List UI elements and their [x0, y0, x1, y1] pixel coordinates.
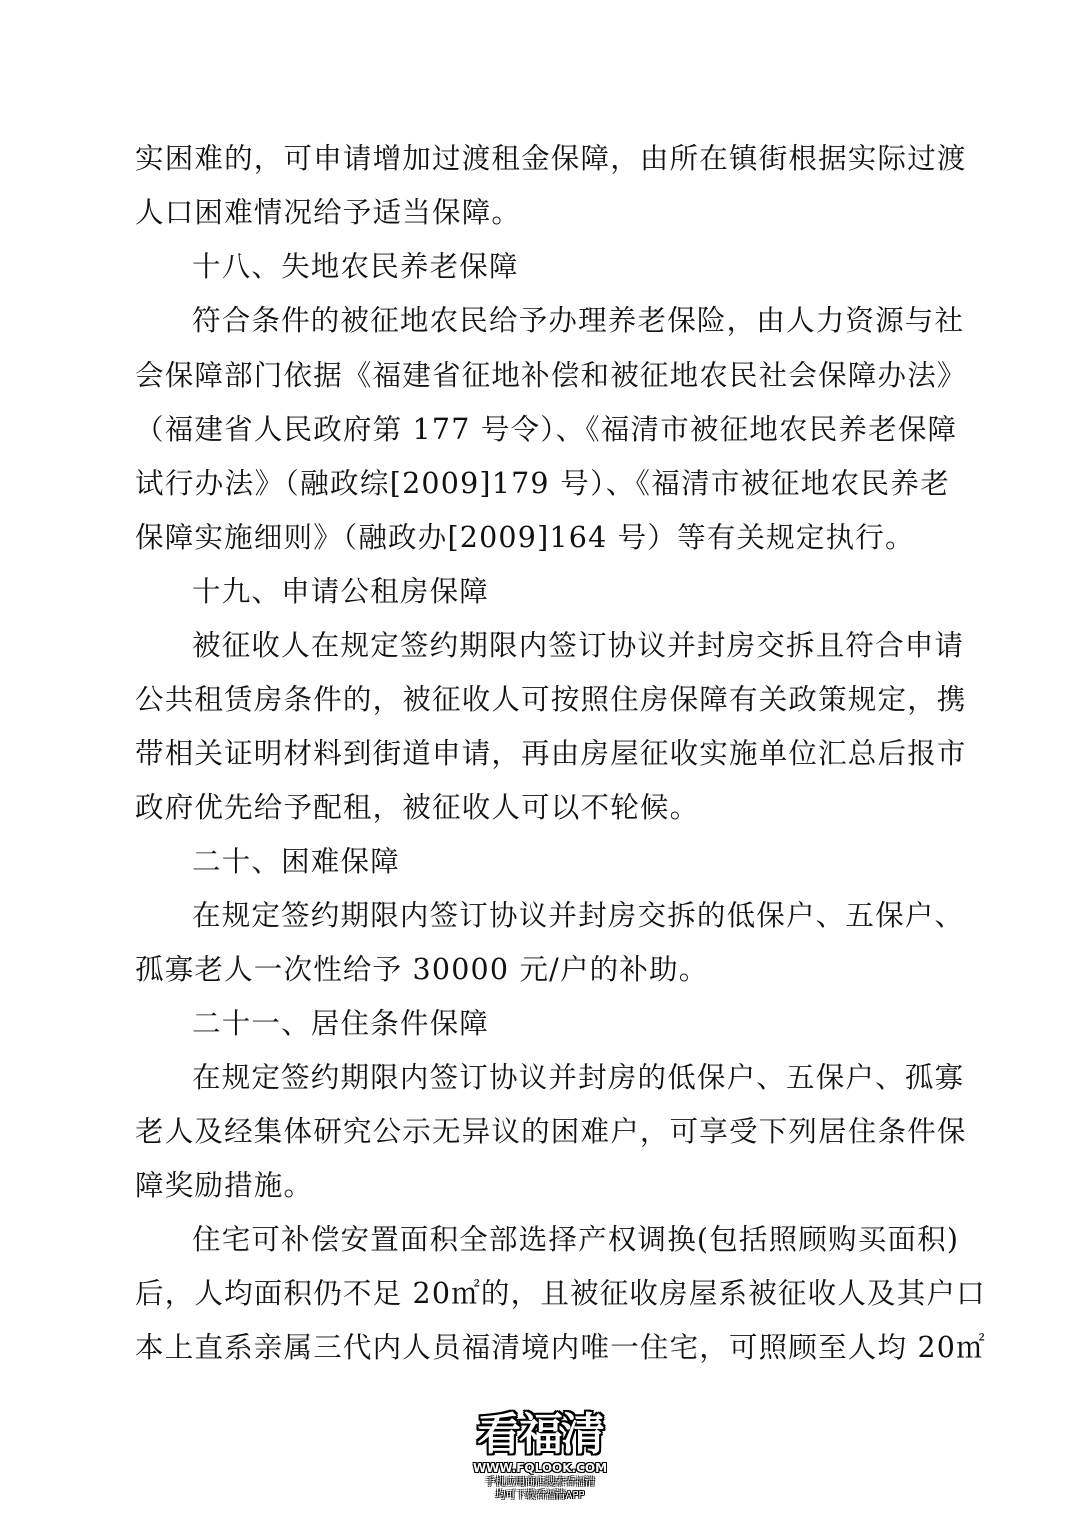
text-line: 十九、申请公租房保障 [192, 572, 950, 612]
text-line: 会保障部门依据《福建省征地补偿和被征地农民社会保障办法》 [135, 356, 950, 396]
watermark: 看福清 WWW.FQLOOK.COM 手机应用商店搜索看福清 均可下载看福清AP… [470, 1410, 610, 1502]
document-page: 实困难的，可申请增加过渡租金保障，由所在镇街根据实际过渡人口困难情况给予适当保障… [0, 0, 1080, 1527]
watermark-logo: 看福清 [470, 1410, 610, 1460]
text-line: 二十一、居住条件保障 [192, 1004, 950, 1044]
text-line: （福建省人民政府第 177 号令）、《福清市被征地农民养老保障 [135, 410, 950, 450]
text-line: 保障实施细则》（融政办[2009]164 号）等有关规定执行。 [135, 518, 950, 558]
text-line: 符合条件的被征地农民给予办理养老保险，由人力资源与社 [192, 301, 950, 341]
watermark-line-2: 均可下载看福清APP [470, 1489, 610, 1502]
text-line: 孤寡老人一次性给予 30000 元/户的补助。 [135, 950, 950, 990]
watermark-url: WWW.FQLOOK.COM [470, 1460, 610, 1476]
text-line: 在规定签约期限内签订协议并封房的低保户、五保户、孤寡 [192, 1058, 950, 1098]
text-line: 带相关证明材料到街道申请，再由房屋征收实施单位汇总后报市 [135, 734, 950, 774]
text-line: 二十、困难保障 [192, 842, 950, 882]
text-line: 本上直系亲属三代内人员福清境内唯一住宅，可照顾至人均 20㎡ [135, 1328, 950, 1368]
text-line: 障奖励措施。 [135, 1166, 950, 1206]
text-line: 政府优先给予配租，被征收人可以不轮候。 [135, 788, 950, 828]
text-line: 实困难的，可申请增加过渡租金保障，由所在镇街根据实际过渡 [135, 139, 950, 179]
text-line: 人口困难情况给予适当保障。 [135, 193, 950, 233]
watermark-line-1: 手机应用商店搜索看福清 [470, 1476, 610, 1489]
text-line: 试行办法》（融政综[2009]179 号）、《福清市被征地农民养老 [135, 464, 950, 504]
text-line: 公共租赁房条件的，被征收人可按照住房保障有关政策规定，携 [135, 680, 950, 720]
text-line: 住宅可补偿安置面积全部选择产权调换(包括照顾购买面积) [192, 1220, 950, 1260]
text-line: 十八、失地农民养老保障 [192, 247, 950, 287]
text-line: 后，人均面积仍不足 20㎡的，且被征收房屋系被征收人及其户口 [135, 1274, 950, 1314]
text-line: 老人及经集体研究公示无异议的困难户，可享受下列居住条件保 [135, 1112, 950, 1152]
text-line: 被征收人在规定签约期限内签订协议并封房交拆且符合申请 [192, 626, 950, 666]
text-line: 在规定签约期限内签订协议并封房交拆的低保户、五保户、 [192, 896, 950, 936]
